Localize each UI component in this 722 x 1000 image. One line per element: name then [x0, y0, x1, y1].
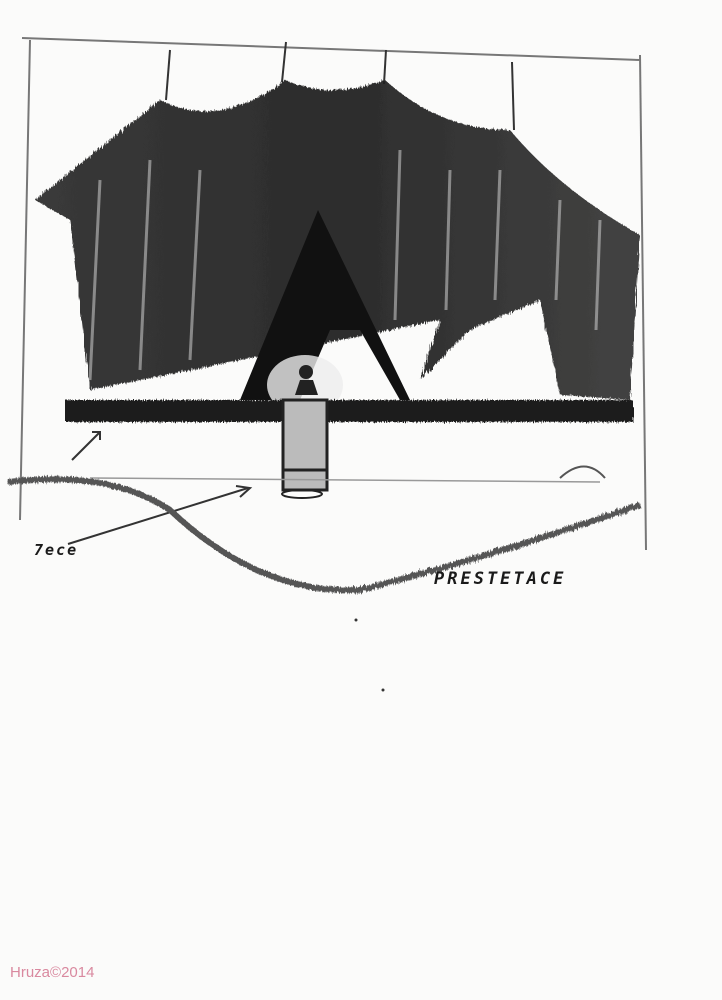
- watermark: Hruza©2014: [10, 964, 94, 981]
- curtain: [35, 80, 640, 400]
- annotation-right: PRESTETACE: [434, 569, 566, 589]
- annotation-left: 7ece: [34, 541, 78, 559]
- stage-sketch: [0, 0, 722, 1000]
